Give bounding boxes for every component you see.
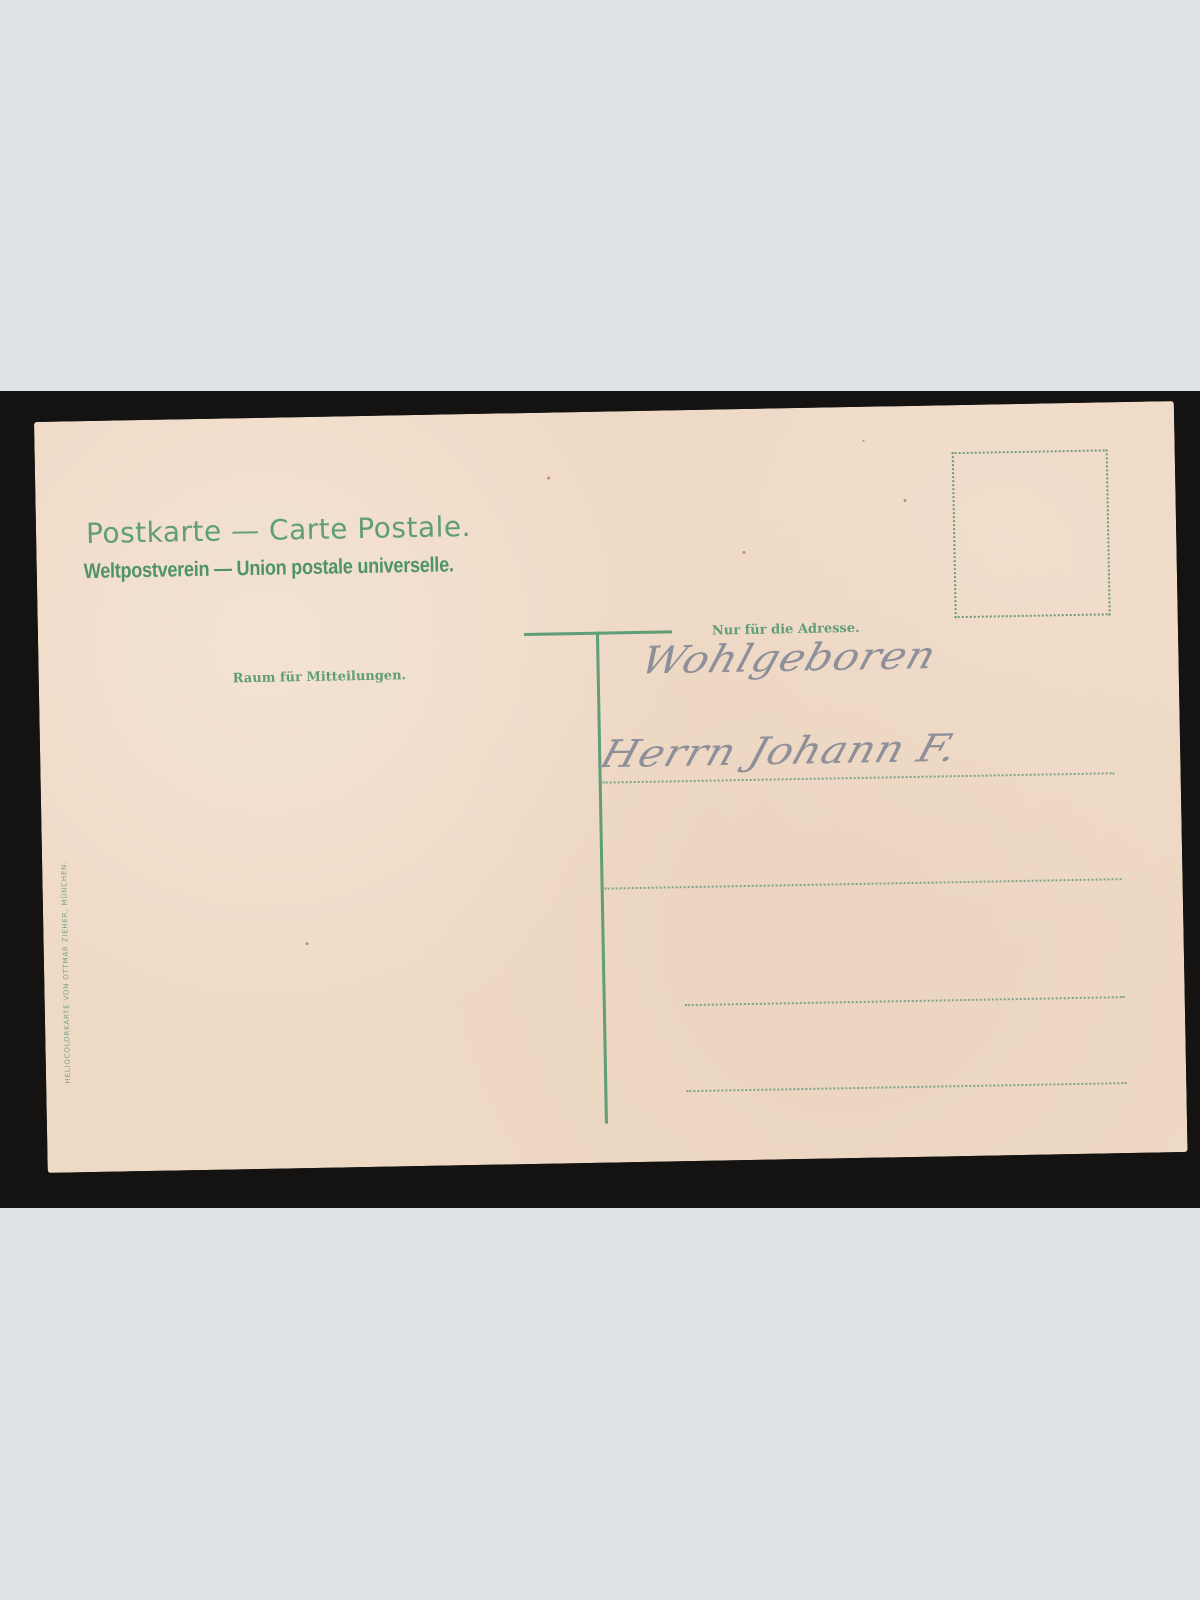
paper-speck [904,499,907,502]
paper-speck [742,551,745,554]
printer-imprint: HELIOCOLORKARTE VON OTTMAR ZIEHER, MÜNCH… [60,861,72,1084]
address-line-4 [686,1082,1126,1092]
paper-speck [862,440,864,442]
address-line-3 [685,996,1125,1006]
handwriting-line-2: Herrn Johann F. [595,725,963,776]
divider-vertical [596,632,608,1124]
postcard-back: Postkarte — Carte Postale. Weltpostverei… [34,401,1188,1173]
message-area-label: Raum für Mitteilungen. [233,668,407,686]
address-line-2 [605,878,1122,889]
handwriting-line-1: Wohlgeboren [636,633,942,683]
paper-speck [306,942,309,945]
paper-speck [547,477,550,480]
stamp-placeholder-box [952,449,1111,618]
postcard-title: Postkarte — Carte Postale. [86,510,472,550]
postcard-subtitle: Weltpostverein — Union postale universel… [84,553,454,584]
